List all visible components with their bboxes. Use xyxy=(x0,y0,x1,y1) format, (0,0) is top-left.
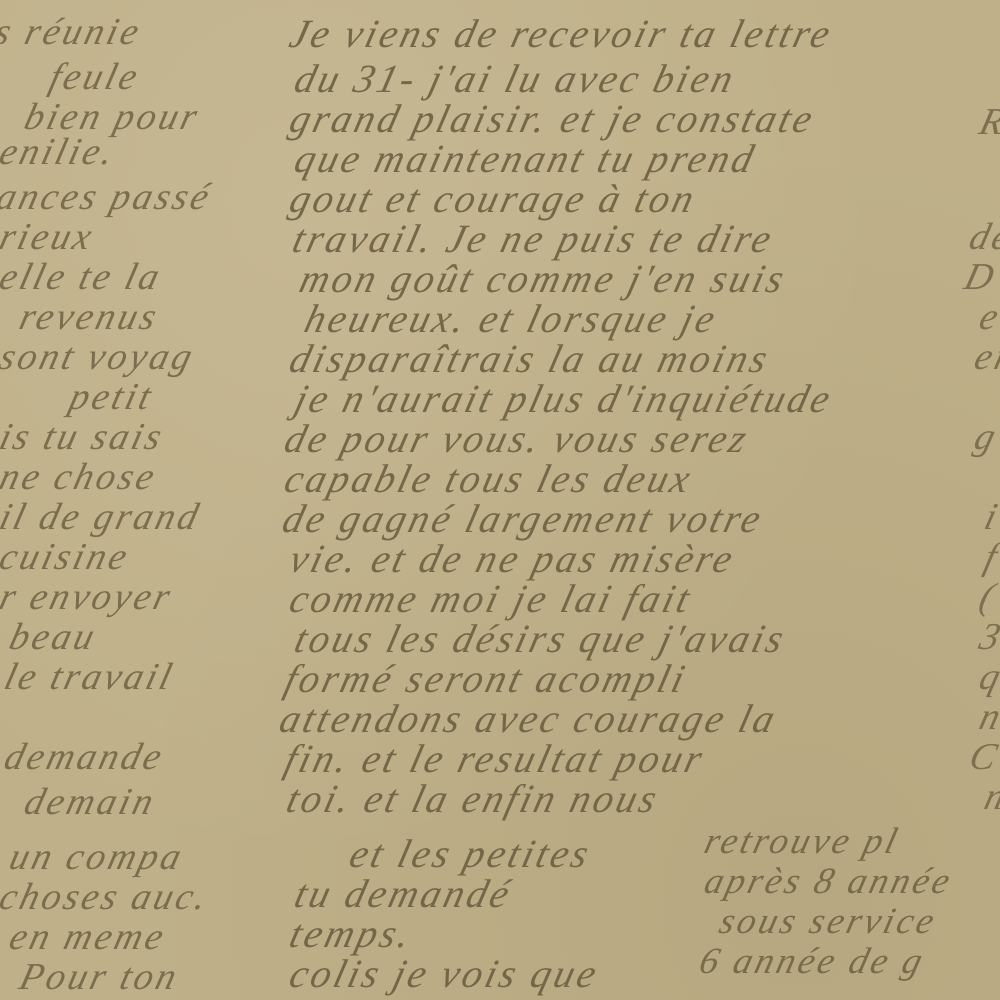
handwritten-line: D xyxy=(960,255,1000,299)
handwritten-line: n xyxy=(975,695,1000,739)
handwritten-line: ( xyxy=(975,575,1000,619)
handwritten-line: demande xyxy=(0,735,169,779)
handwritten-line: e xyxy=(975,295,1000,339)
handwritten-line: sous service xyxy=(715,900,942,943)
handwritten-line: en xyxy=(970,335,1000,379)
handwritten-line: petit xyxy=(65,375,159,419)
handwritten-line: ne chose xyxy=(0,455,162,499)
handwritten-line: s réunie xyxy=(0,10,146,54)
handwritten-line: 6 année de g xyxy=(695,940,930,983)
handwritten-line: cuisine xyxy=(0,535,135,579)
handwritten-line: un compa xyxy=(5,835,189,879)
handwritten-line: q xyxy=(975,655,1000,699)
handwritten-line: C xyxy=(965,735,1000,779)
handwritten-line: il de grand xyxy=(0,495,206,539)
handwritten-line: en meme xyxy=(5,915,171,959)
handwritten-line: is tu sais xyxy=(0,415,169,459)
handwritten-line: R xyxy=(975,100,1000,144)
handwritten-line: retrouve pl xyxy=(700,820,904,863)
handwritten-line: revenus xyxy=(15,295,164,339)
handwritten-line: beau xyxy=(5,615,102,659)
handwritten-line: 3 xyxy=(975,615,1000,659)
handwritten-line: r envoyer xyxy=(0,575,178,619)
handwritten-line: sont voyag xyxy=(0,335,200,379)
handwritten-line: elle te la xyxy=(0,255,167,299)
handwritten-line: colis je vois que xyxy=(285,950,604,997)
handwritten-line: ances passé xyxy=(0,175,216,219)
handwritten-letter-background: s réuniefeulebien pourenilie.ances passé… xyxy=(0,0,1000,1000)
handwritten-line: toi. et la enfin nous xyxy=(282,775,664,822)
handwritten-line: Pour ton xyxy=(15,955,184,999)
handwritten-line: Je viens de recevoir ta lettre xyxy=(285,10,838,57)
handwritten-line: choses auc. xyxy=(0,875,214,919)
handwritten-line: le travail xyxy=(0,655,179,699)
handwritten-line: f xyxy=(980,535,1000,579)
handwritten-line: demain xyxy=(20,780,161,824)
handwritten-line: enilie. xyxy=(0,130,121,174)
handwritten-line: g xyxy=(970,415,1000,459)
handwritten-line: feule xyxy=(45,55,145,99)
handwritten-line: après 8 année xyxy=(700,860,957,903)
handwritten-line: rieux xyxy=(0,215,99,259)
handwritten-line: i xyxy=(980,495,1000,539)
handwritten-line: n xyxy=(980,775,1000,819)
handwritten-line: de xyxy=(965,215,1000,259)
